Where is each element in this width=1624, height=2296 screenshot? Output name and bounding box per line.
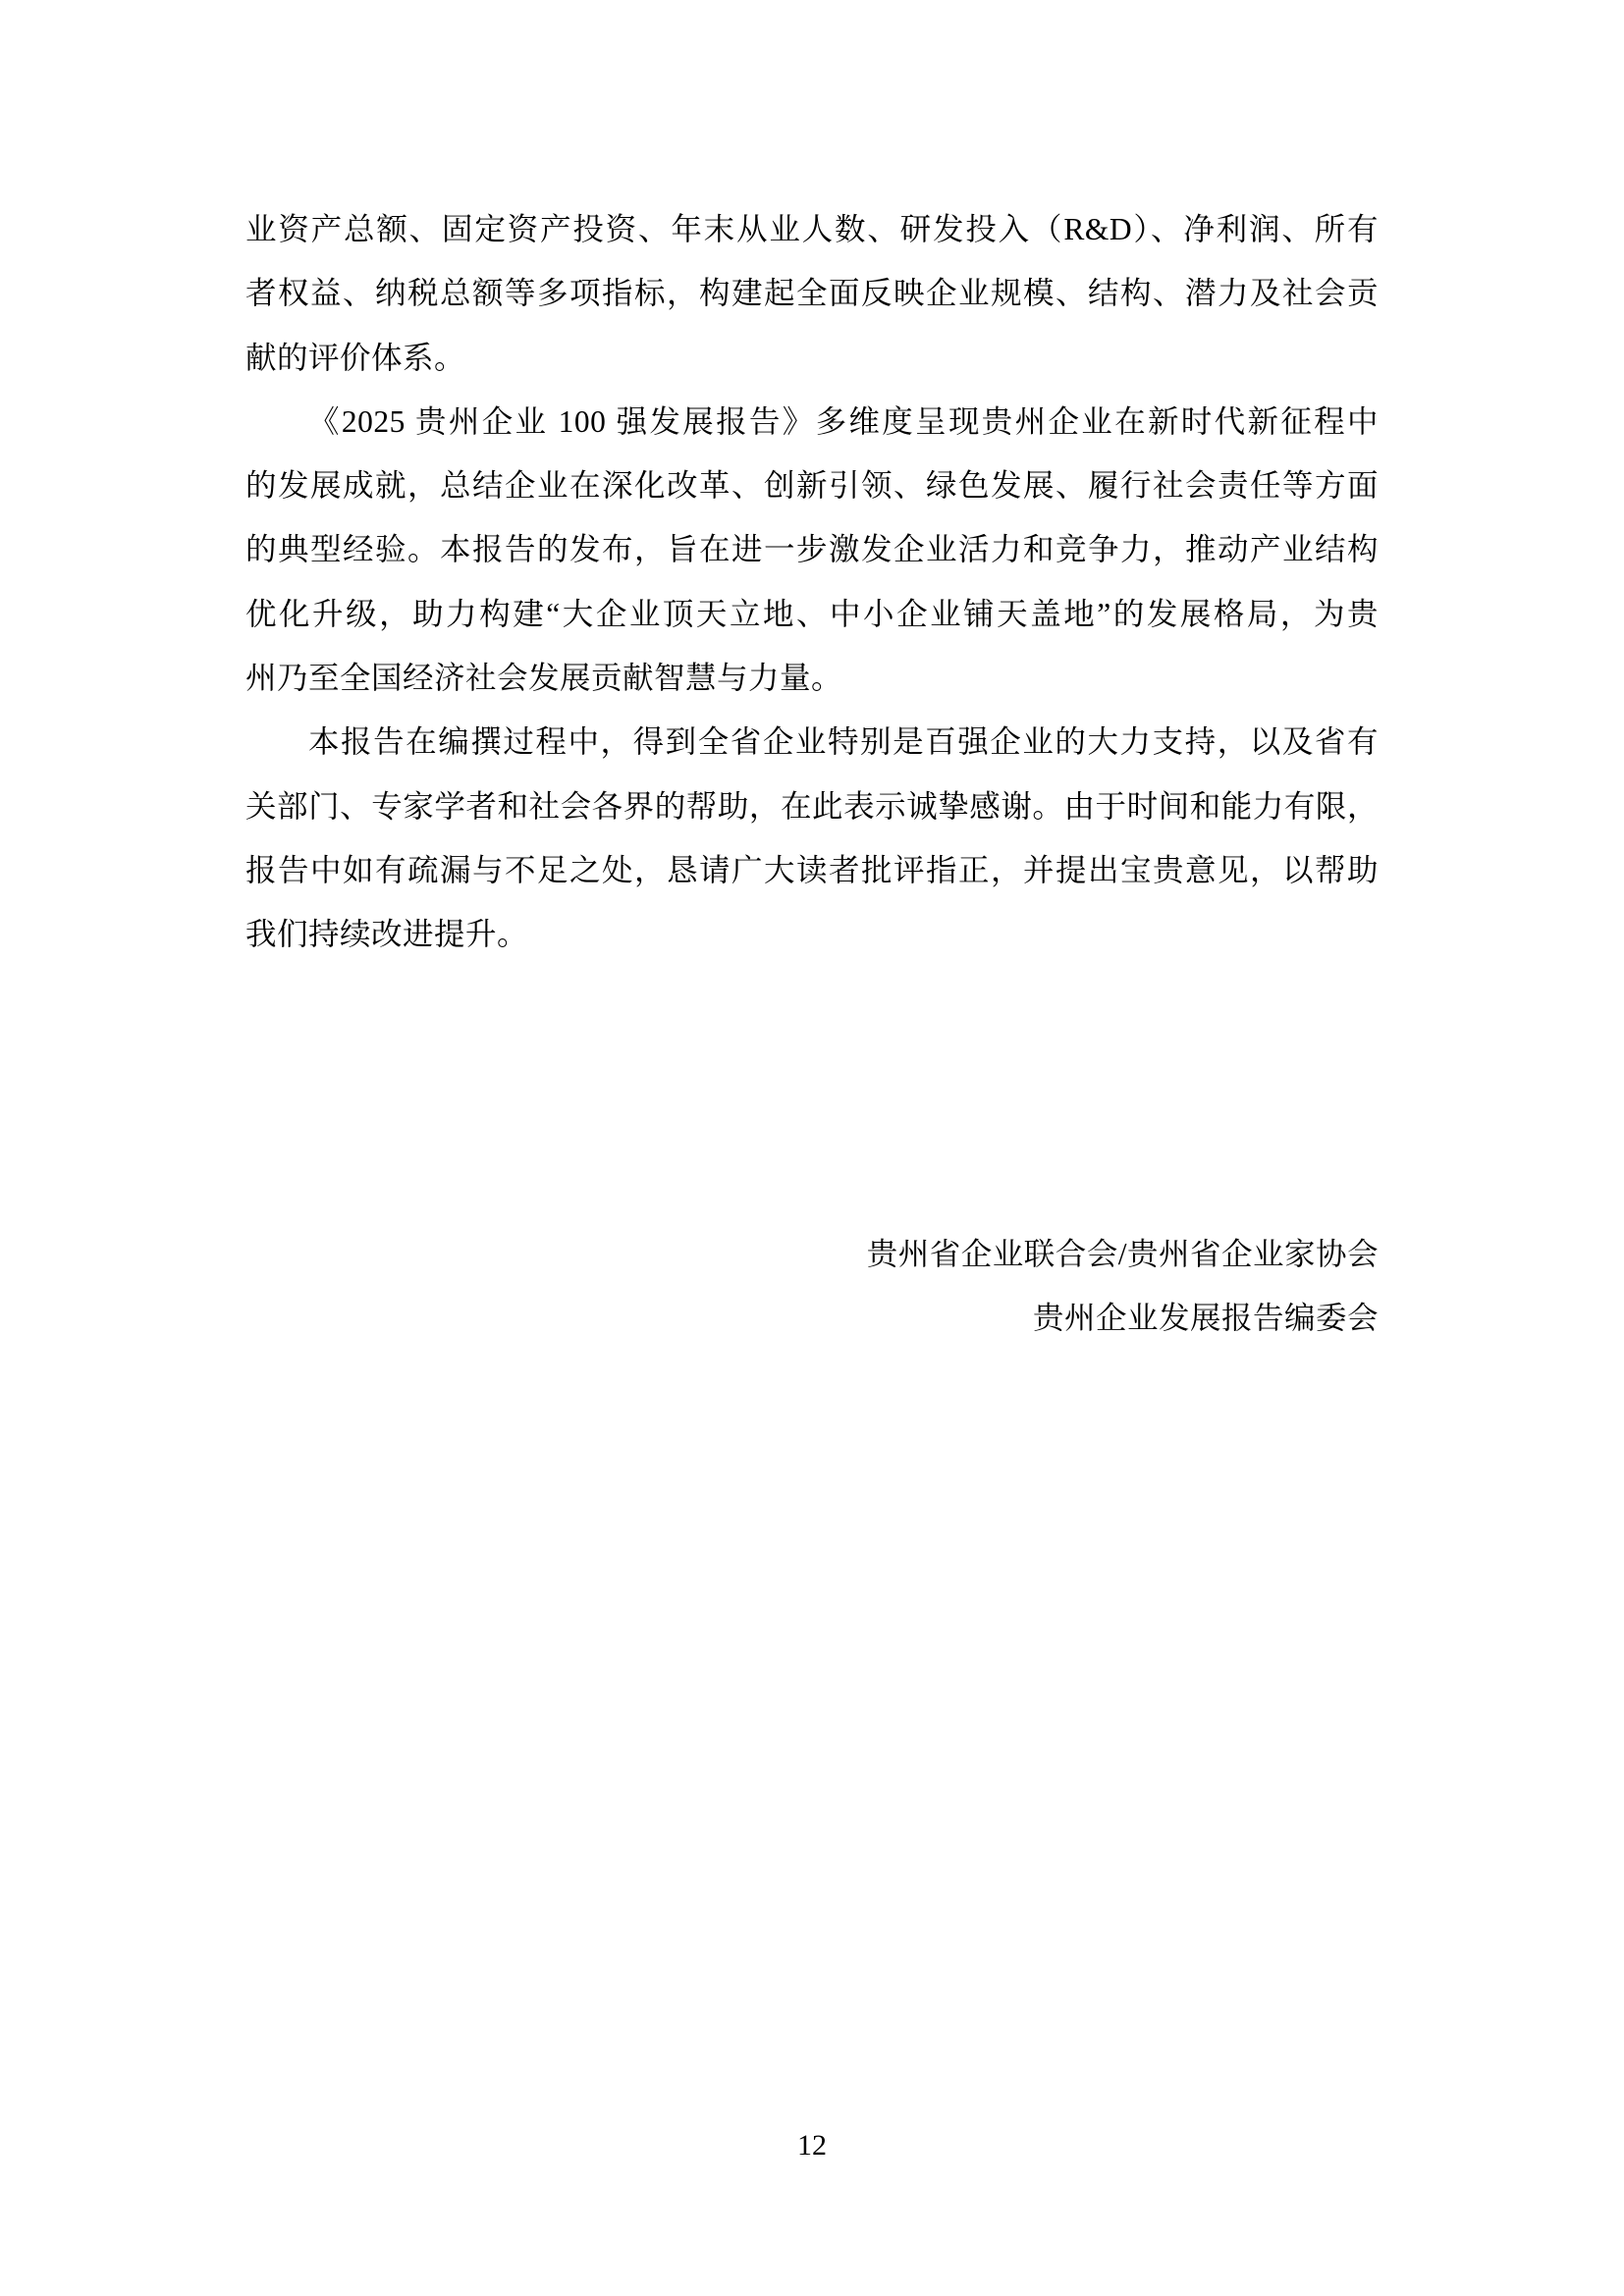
body-line: 本报告在编撰过程中，得到全省企业特别是百强企业的大力支持，以及省有 [245, 710, 1379, 774]
body-line: 州乃至全国经济社会发展贡献智慧与力量。 [245, 646, 1379, 710]
body-line: 献的评价体系。 [245, 326, 1379, 390]
signature-line-organizations: 贵州省企业联合会/贵州省企业家协会 [245, 1222, 1379, 1286]
body-line: 我们持续改进提升。 [245, 902, 1379, 966]
document-page: 业资产总额、固定资产投资、年末从业人数、研发投入（R&D）、净利润、所有 者权益… [0, 0, 1624, 2296]
vertical-space [245, 967, 1379, 1222]
signature-line-committee: 贵州企业发展报告编委会 [245, 1286, 1379, 1350]
body-line: 《2025 贵州企业 100 强发展报告》多维度呈现贵州企业在新时代新征程中 [245, 390, 1379, 454]
body-line: 的发展成就，总结企业在深化改革、创新引领、绿色发展、履行社会责任等方面 [245, 454, 1379, 517]
page-number: 12 [245, 2113, 1379, 2177]
body-line: 关部门、专家学者和社会各界的帮助，在此表示诚挚感谢。由于时间和能力有限， [245, 774, 1379, 838]
body-line: 业资产总额、固定资产投资、年末从业人数、研发投入（R&D）、净利润、所有 [245, 197, 1379, 261]
body-line: 报告中如有疏漏与不足之处，恳请广大读者批评指正，并提出宝贵意见，以帮助 [245, 838, 1379, 902]
page-body: 业资产总额、固定资产投资、年末从业人数、研发投入（R&D）、净利润、所有 者权益… [245, 197, 1379, 1350]
body-line: 者权益、纳税总额等多项指标，构建起全面反映企业规模、结构、潜力及社会贡 [245, 261, 1379, 325]
body-line: 优化升级，助力构建“大企业顶天立地、中小企业铺天盖地”的发展格局，为贵 [245, 582, 1379, 646]
body-line: 的典型经验。本报告的发布，旨在进一步激发企业活力和竞争力，推动产业结构 [245, 517, 1379, 581]
